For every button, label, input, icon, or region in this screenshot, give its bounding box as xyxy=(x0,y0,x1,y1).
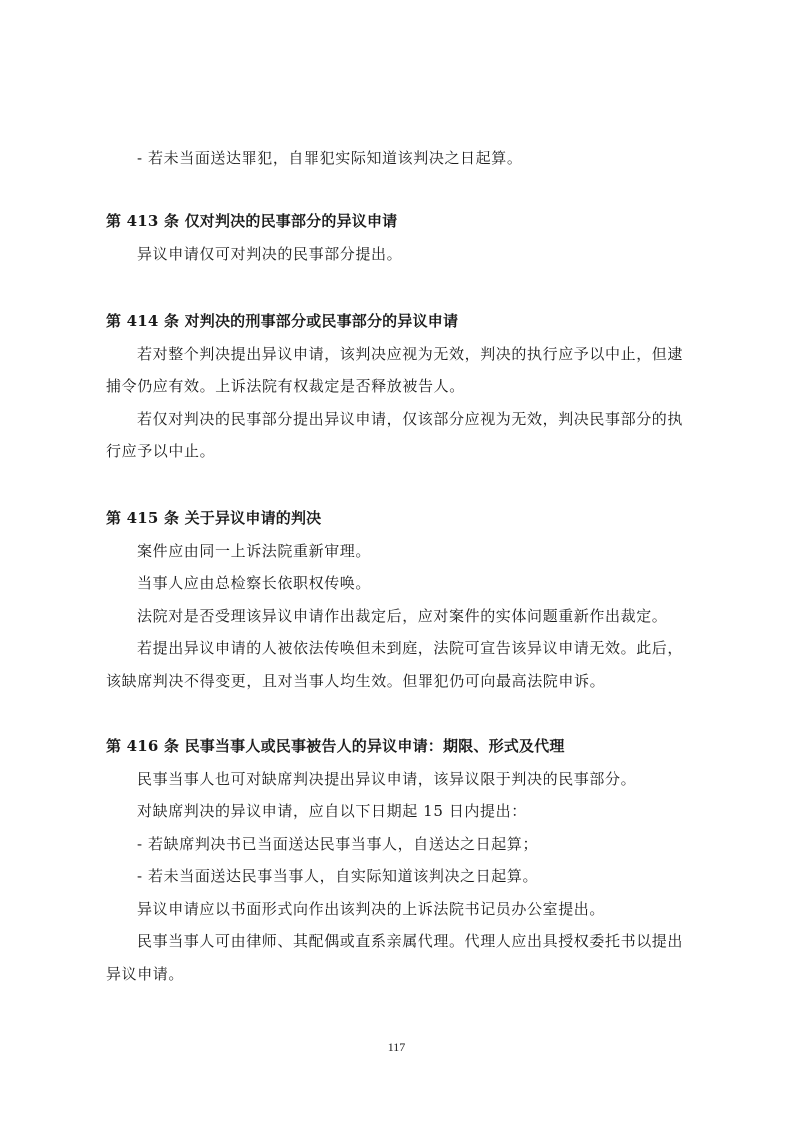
article-413-heading: 第 413 条 仅对判决的民事部分的异议申请 xyxy=(106,211,397,231)
body-line: 若仅对判决的民事部分提出异议申请，仅该部分应视为无效，判决民事部分的执 xyxy=(137,409,683,429)
body-line: 异议申请。 xyxy=(106,964,184,984)
body-line: 该缺席判决不得变更，且对当事人均生效。但罪犯仍可向最高法院申诉。 xyxy=(106,671,605,691)
body-line: - 若未当面送达民事当事人，自实际知道该判决之日起算。 xyxy=(137,866,538,886)
body-line: 民事当事人也可对缺席判决提出异议申请，该异议限于判决的民事部分。 xyxy=(137,769,636,789)
article-415-heading: 第 415 条 关于异议申请的判决 xyxy=(106,508,321,528)
body-line: 案件应由同一上诉法院重新审理。 xyxy=(137,541,371,561)
body-line: 当事人应由总检察长依职权传唤。 xyxy=(137,573,371,593)
body-line: 民事当事人可由律师、其配偶或直系亲属代理。代理人应出具授权委托书以提出 xyxy=(137,931,683,951)
article-416-heading: 第 416 条 民事当事人或民事被告人的异议申请：期限、形式及代理 xyxy=(106,736,565,756)
body-line: 若提出异议申请的人被依法传唤但未到庭，法院可宣告该异议申请无效。此后， xyxy=(137,638,683,658)
body-line: 若对整个判决提出异议申请，该判决应视为无效，判决的执行应予以中止，但逮 xyxy=(137,344,683,364)
body-line: 异议申请仅可对判决的民事部分提出。 xyxy=(137,244,402,264)
body-line: 法院对是否受理该异议申请作出裁定后，应对案件的实体问题重新作出裁定。 xyxy=(137,606,667,626)
page-number: 117 xyxy=(0,1040,793,1055)
body-line: 对缺席判决的异议申请，应自以下日期起 15 日内提出： xyxy=(137,801,527,821)
article-414-heading: 第 414 条 对判决的刑事部分或民事部分的异议申请 xyxy=(106,311,458,331)
body-line: 捕令仍应有效。上诉法院有权裁定是否释放被告人。 xyxy=(106,376,465,396)
body-line: 异议申请应以书面形式向作出该判决的上诉法院书记员办公室提出。 xyxy=(137,899,605,919)
body-line: - 若未当面送达罪犯，自罪犯实际知道该判决之日起算。 xyxy=(137,148,522,168)
document-page: - 若未当面送达罪犯，自罪犯实际知道该判决之日起算。 第 413 条 仅对判决的… xyxy=(0,0,793,1122)
body-line: - 若缺席判决书已当面送达民事当事人，自送达之日起算； xyxy=(137,834,538,854)
body-line: 行应予以中止。 xyxy=(106,441,215,461)
